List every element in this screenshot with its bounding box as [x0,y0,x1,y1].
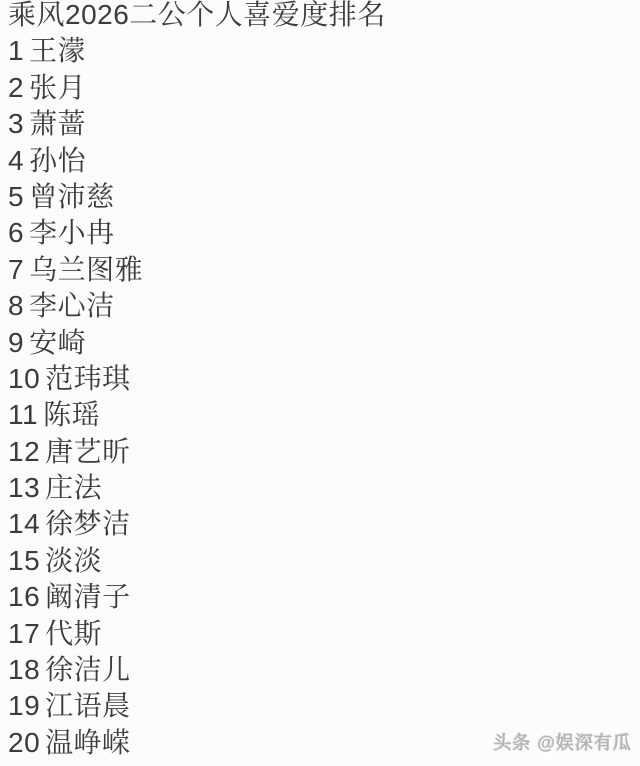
contestant-name: 代斯 [45,616,102,652]
list-item: 13 庄法 [8,470,640,506]
contestant-name: 张月 [29,70,86,106]
list-item: 15 淡淡 [8,543,640,579]
list-item: 3 萧蔷 [8,106,640,142]
contestant-name: 淡淡 [45,543,102,579]
rank-number: 3 [8,106,24,142]
list-item: 9 安崎 [8,325,640,361]
rank-number: 6 [8,215,24,251]
rank-number: 15 [8,543,40,579]
contestant-name: 范玮琪 [45,361,131,397]
contestant-name: 王濛 [29,33,86,69]
list-item: 7 乌兰图雅 [8,252,640,288]
list-item: 11 陈瑶 [8,397,640,433]
rank-number: 11 [8,397,38,433]
contestant-name: 曾沛慈 [29,179,115,215]
rank-number: 2 [8,70,24,106]
rank-number: 13 [8,470,40,506]
list-item: 18 徐洁儿 [8,652,640,688]
contestant-name: 唐艺昕 [45,434,131,470]
rank-number: 8 [8,288,24,324]
list-item: 5 曾沛慈 [8,179,640,215]
rank-number: 5 [8,179,24,215]
contestant-name: 庄法 [45,470,102,506]
list-item: 12 唐艺昕 [8,434,640,470]
rank-number: 14 [8,506,40,542]
rank-number: 1 [8,33,24,69]
list-item: 10 范玮琪 [8,361,640,397]
watermark-account: @娱深有瓜 [537,733,632,753]
list-item: 2 张月 [8,70,640,106]
rank-number: 10 [8,361,40,397]
rank-number: 20 [8,725,40,761]
rank-number: 7 [8,252,24,288]
contestant-name: 安崎 [29,325,86,361]
contestant-name: 孙怡 [29,143,86,179]
contestant-name: 徐洁儿 [45,652,131,688]
list-item: 17 代斯 [8,616,640,652]
rank-number: 17 [8,616,40,652]
list-item: 6 李小冉 [8,215,640,251]
list-item: 14 徐梦洁 [8,506,640,542]
list-item: 16 阚清子 [8,579,640,615]
contestant-name: 徐梦洁 [45,506,131,542]
contestant-name: 乌兰图雅 [29,252,143,288]
contestant-name: 李心洁 [29,288,115,324]
contestant-name: 阚清子 [45,579,131,615]
contestant-name: 温峥嵘 [45,725,131,761]
watermark-logo-text: 头条 [493,733,531,753]
list-item: 19 江语晨 [8,688,640,724]
list-item: 8 李心洁 [8,288,640,324]
list-item: 4 孙怡 [8,143,640,179]
rank-number: 18 [8,652,40,688]
rank-number: 4 [8,143,24,179]
list-item: 1 王濛 [8,33,640,69]
rank-number: 16 [8,579,40,615]
watermark: 头条@娱深有瓜 [493,729,632,755]
rank-number: 12 [8,434,40,470]
contestant-name: 江语晨 [45,688,131,724]
rank-number: 19 [8,688,40,724]
contestant-name: 萧蔷 [29,106,86,142]
rank-number: 9 [8,325,24,361]
contestant-name: 李小冉 [29,215,115,251]
contestant-name: 陈瑶 [43,397,100,433]
ranking-list-screenshot: 乘风2026二公个人喜爱度排名 1 王濛 2 张月 3 萧蔷 4 孙怡 5 曾沛… [0,0,640,763]
page-title: 乘风2026二公个人喜爱度排名 [8,0,640,33]
